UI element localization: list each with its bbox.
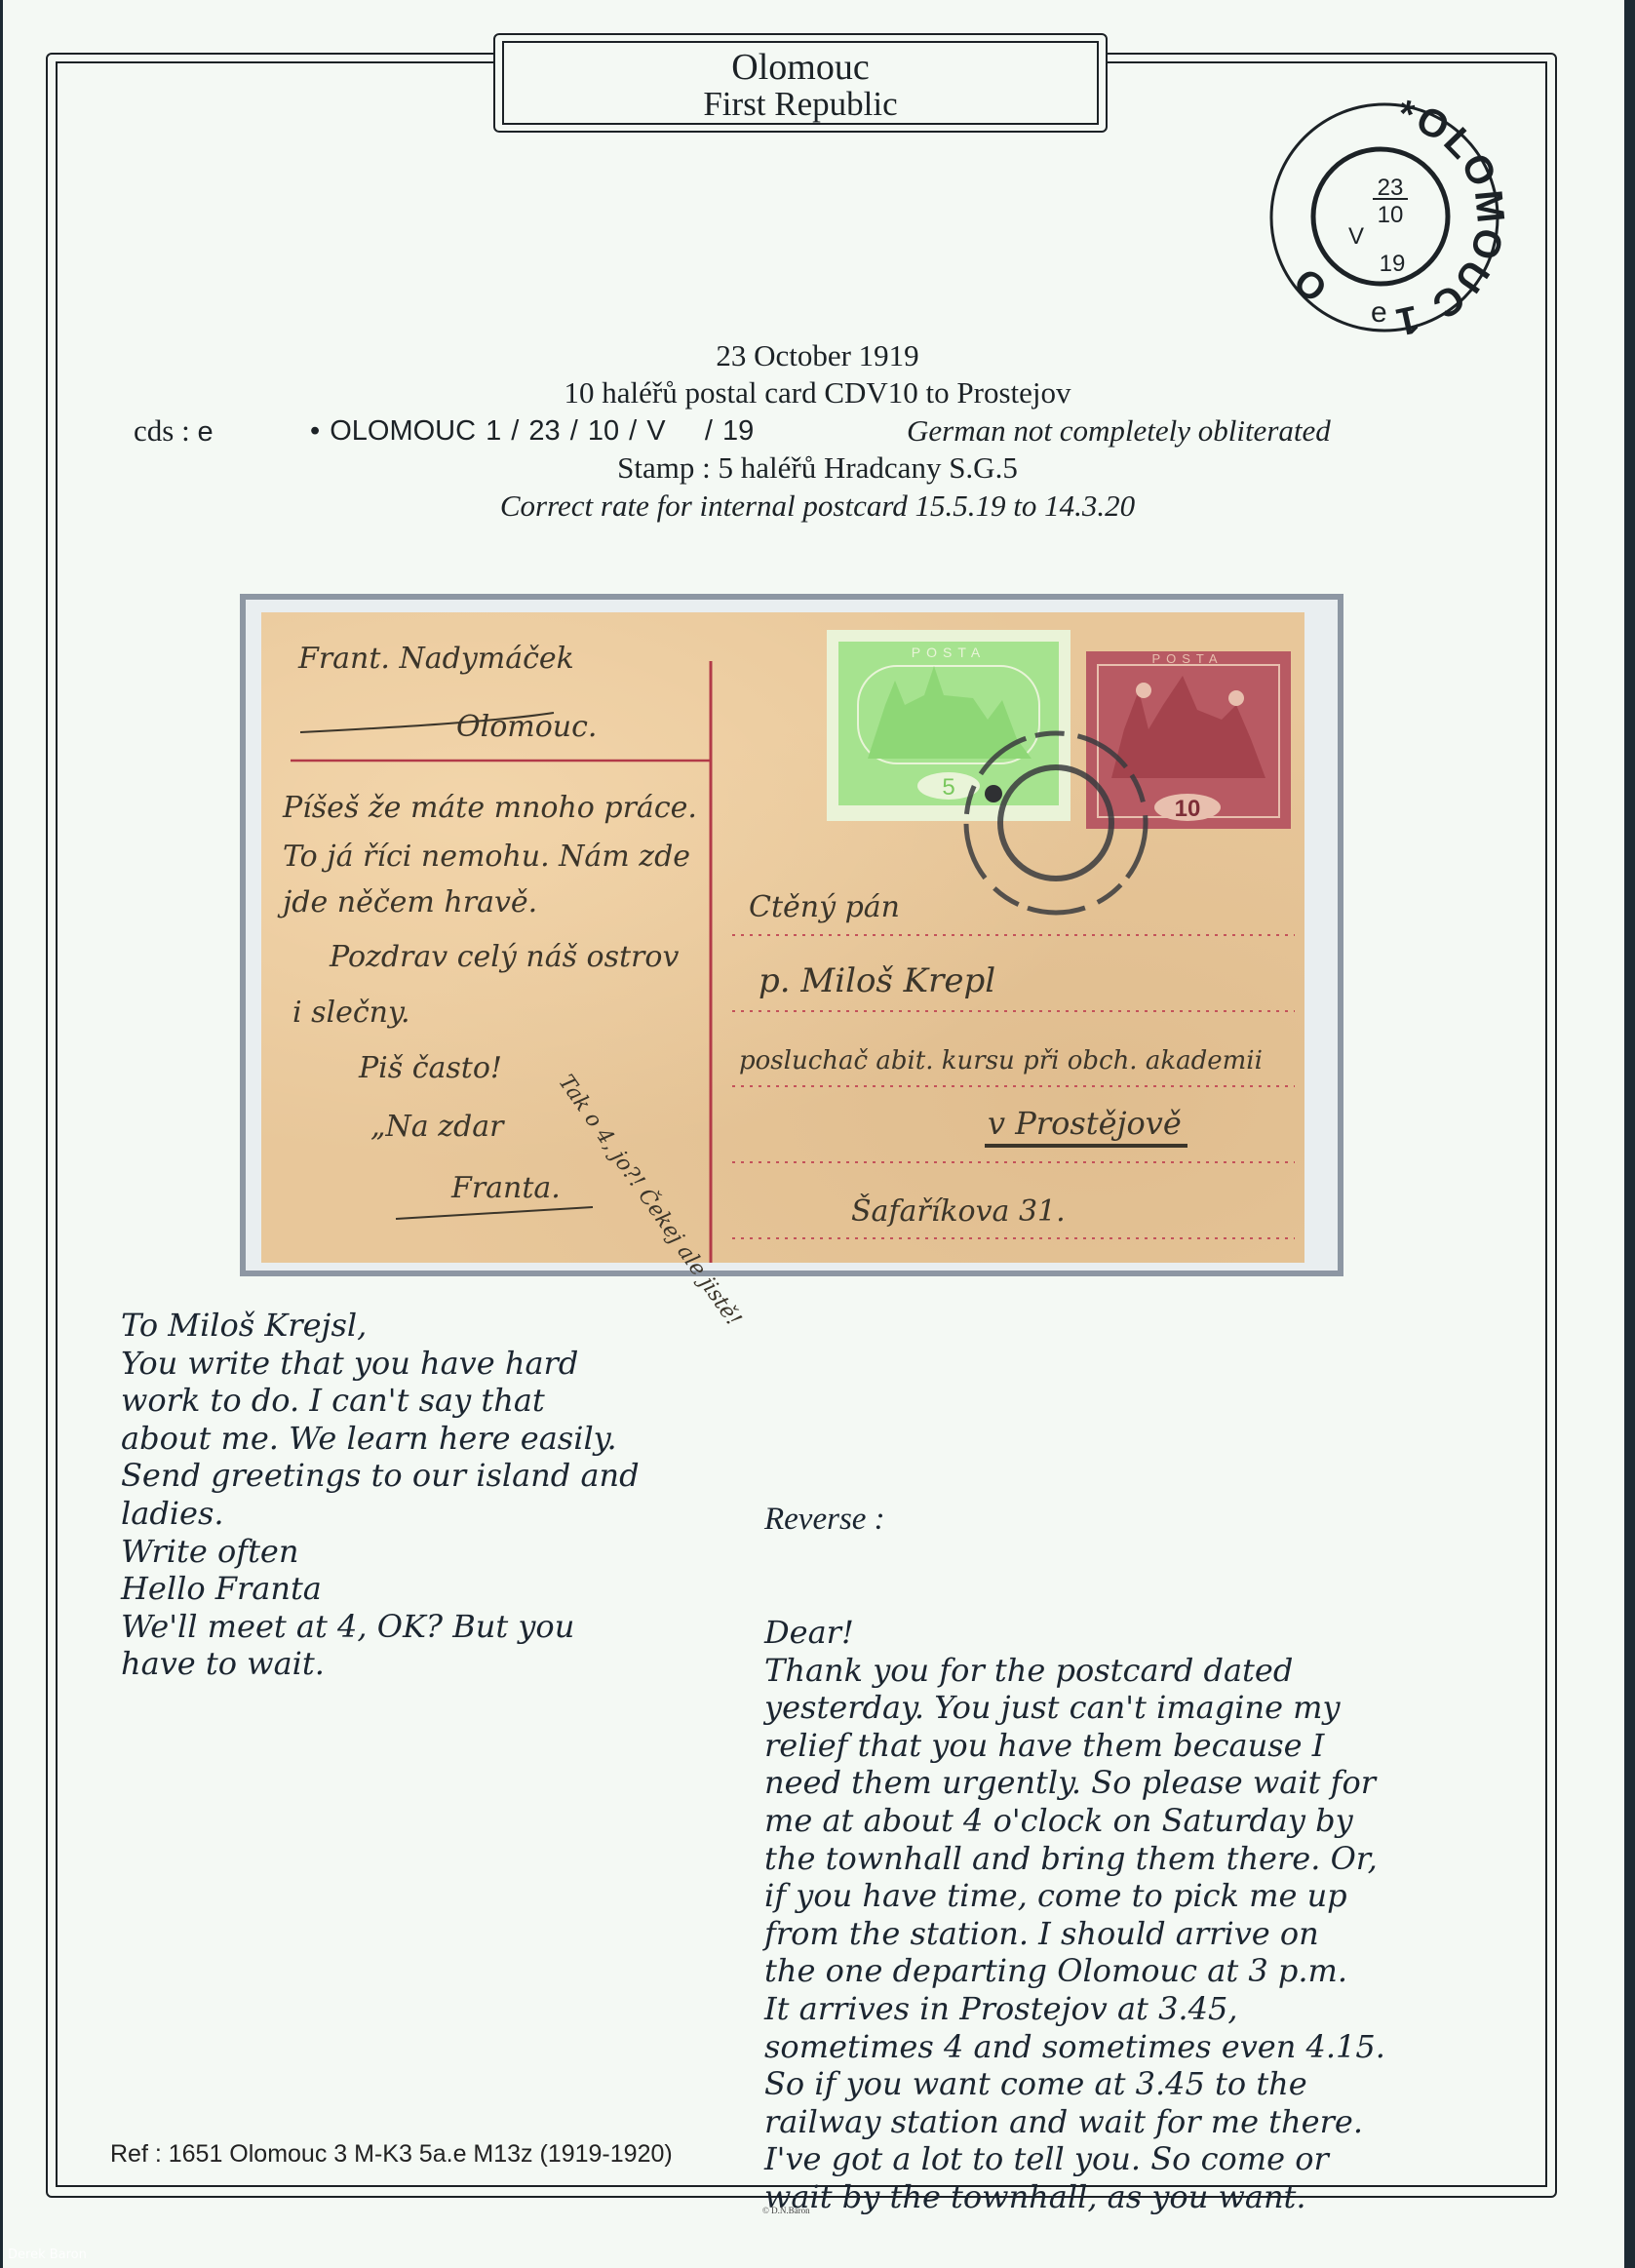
sender-town: Olomouc.	[456, 710, 597, 744]
title-box-inner: Olomouc First Republic	[502, 41, 1099, 125]
translation-line: yesterday. You just can't imagine my	[764, 1689, 1385, 1727]
translation-front: To Miloš Krejsl,You write that you have …	[121, 1307, 640, 1683]
translation-line: You write that you have hard	[121, 1345, 640, 1383]
description-item: 10 haléřů postal card CDV10 to Prostejov	[0, 376, 1635, 410]
cds-value: • OLOMOUC 1 / 23 / 10 / V / 19	[310, 414, 754, 448]
postmark-month: 10	[1378, 202, 1404, 228]
stamp-10-value: 10	[1175, 796, 1201, 822]
postmark-letter-o: O	[1286, 261, 1335, 311]
address-line: p. Miloš Krepl	[759, 961, 995, 1000]
translation-line: Write often	[121, 1533, 640, 1571]
cds-label: cds : e	[134, 414, 214, 449]
stamp-5-value: 5	[942, 774, 954, 801]
translation-line: Dear!	[764, 1614, 1385, 1652]
translation-line: We'll meet at 4, OK? But you	[121, 1608, 640, 1646]
message-line: jde něčem hravě.	[283, 885, 537, 919]
reverse-label: Reverse :	[764, 1501, 1385, 1539]
address-line: posluchač abit. kursu při obch. akademii	[739, 1046, 1263, 1075]
translation-line: the one departing Olomouc at 3 p.m.	[764, 1952, 1385, 1990]
translation-line: So if you want come at 3.45 to the	[764, 2065, 1385, 2103]
translation-line: Hello Franta	[121, 1570, 640, 1608]
postmark-day: 23	[1378, 175, 1404, 201]
translation-line: me at about 4 o'clock on Saturday by	[764, 1802, 1385, 1840]
svg-text:*OLOMOUC 1: *OLOMOUC 1	[1390, 96, 1512, 339]
translation-line: I've got a lot to tell you. So come or	[764, 2140, 1385, 2178]
translation-line: ladies.	[121, 1495, 640, 1533]
translation-line: work to do. I can't say that	[121, 1382, 640, 1420]
postmark-diagram: *OLOMOUC 1 O e 23 10 V 19	[1256, 96, 1513, 339]
translation-line: It arrives in Prostejov at 3.45,	[764, 1990, 1385, 2028]
cds-row: cds : e • OLOMOUC 1 / 23 / 10 / V / 19 G…	[0, 414, 1635, 450]
address-line: Ctěný pán	[749, 890, 900, 924]
postcard-image: 5 POSTA 10 POSTA Frant. Nadymáček Olomou…	[261, 612, 1304, 1263]
postmark-year: 19	[1380, 251, 1406, 277]
cds-note: German not completely obliterated	[907, 414, 1331, 448]
postmark-hour: V	[1348, 223, 1364, 250]
description-stamp: Stamp : 5 haléřů Hradcany S.G.5	[0, 451, 1635, 485]
stamp-5-label: POSTA	[912, 645, 986, 660]
title-box: Olomouc First Republic	[493, 33, 1108, 133]
translation-line: Send greetings to our island and	[121, 1457, 640, 1495]
copyright-note: © D.N.Baron	[762, 2206, 810, 2215]
cds-type: e	[197, 416, 213, 448]
stamp-5-haleru: 5 POSTA	[827, 630, 1071, 821]
postcard-printed-lines: 5 POSTA 10 POSTA	[261, 612, 1304, 1263]
translation-line: the townhall and bring them there. Or,	[764, 1840, 1385, 1878]
translation-line: relief that you have them because I	[764, 1727, 1385, 1765]
translation-reverse: Reverse : Dear!Thank you for the postcar…	[764, 1426, 1385, 2253]
translation-line: railway station and wait for me there.	[764, 2103, 1385, 2141]
message-line: Píšeš že máte mnoho práce.	[283, 791, 697, 825]
translation-line: To Miloš Krejsl,	[121, 1307, 640, 1345]
postmark-letter-e: e	[1371, 296, 1387, 329]
translation-line: if you have time, come to pick me up	[764, 1877, 1385, 1915]
address-line: Šafaříkova 31.	[851, 1194, 1066, 1229]
cds-label-text: cds :	[134, 413, 197, 448]
description-date: 23 October 1919	[0, 339, 1635, 372]
watermark: Derek Baron	[8, 2248, 87, 2262]
message-line: i slečny.	[292, 996, 410, 1030]
translation-line: from the station. I should arrive on	[764, 1915, 1385, 1953]
page-subtitle: First Republic	[504, 86, 1097, 123]
message-line: Pozdrav celý náš ostrov	[330, 940, 679, 974]
translation-reverse-text: Dear!Thank you for the postcard datedyes…	[764, 1614, 1385, 2216]
message-line: Franta.	[451, 1171, 561, 1205]
stamp-10-label: POSTA	[1151, 651, 1223, 666]
translation-line: wait by the townhall, as you want.	[764, 2178, 1385, 2216]
translation-line: have to wait.	[121, 1645, 640, 1683]
message-line: „Na zdar	[370, 1110, 503, 1144]
message-line: Piš často!	[359, 1051, 502, 1085]
message-line: To já říci nemohu. Nám zde	[283, 840, 690, 874]
translation-line: need them urgently. So please wait for	[764, 1764, 1385, 1802]
sender-name: Frant. Nadymáček	[298, 642, 574, 676]
reference-line: Ref : 1651 Olomouc 3 M-K3 5a.e M13z (191…	[110, 2140, 673, 2169]
translation-line: sometimes 4 and sometimes even 4.15.	[764, 2028, 1385, 2066]
stamp-10-haleru-indicium: 10 POSTA	[1086, 651, 1291, 829]
address-line: v Prostějově	[988, 1105, 1182, 1142]
description-rate-note: Correct rate for internal postcard 15.5.…	[0, 489, 1635, 523]
page-title: Olomouc	[504, 49, 1097, 86]
translation-line: about me. We learn here easily.	[121, 1420, 640, 1458]
translation-line: Thank you for the postcard dated	[764, 1652, 1385, 1690]
postmark-town-text: *OLOMOUC 1	[1390, 96, 1512, 339]
